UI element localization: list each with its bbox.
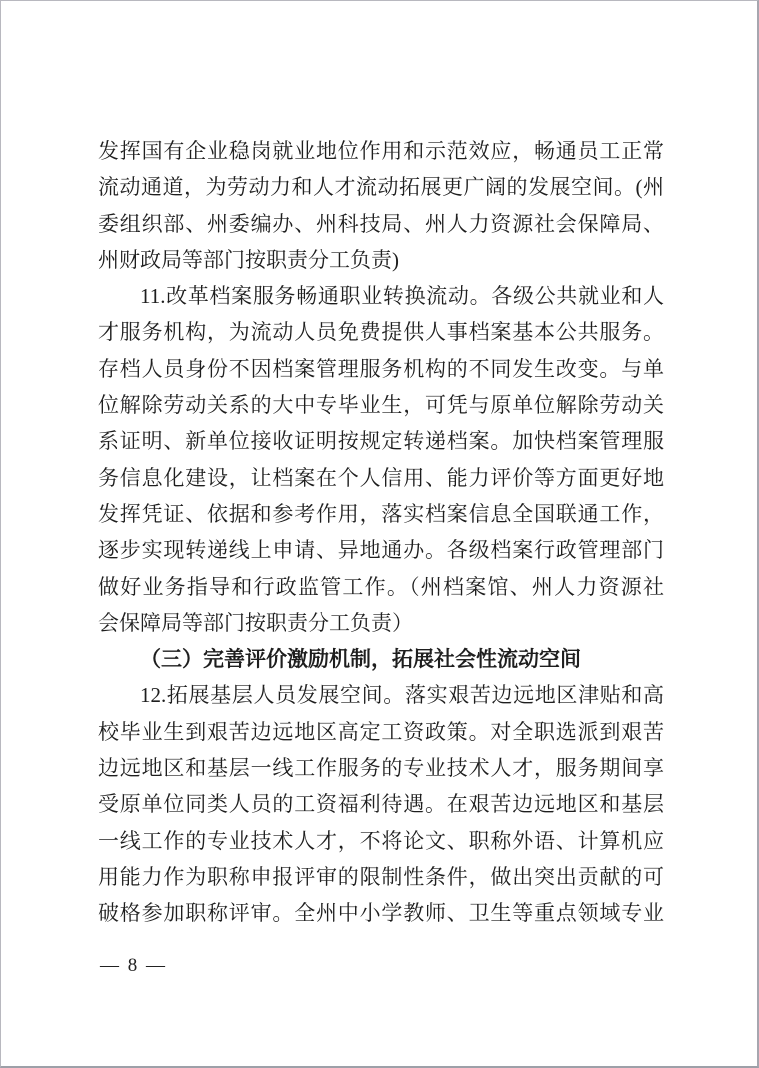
para-item-12-line: 破格参加职称评审。全州中小学教师、卫生等重点领域专业 <box>98 895 664 931</box>
para-item-11-line: 务信息化建设，让档案在个人信用、能力评价等方面更好地 <box>98 460 664 496</box>
para-item-11-line: 会保障局等部门按职责分工负责） <box>98 605 664 641</box>
para-item-11-line: 做好业务指导和行政监管工作。（州档案馆、州人力资源社 <box>98 569 664 605</box>
para-item-11-line: 系证明、新单位接收证明按规定转递档案。加快档案管理服 <box>98 423 664 459</box>
para-continuation-item-10-line: 委组织部、州委编办、州科技局、州人力资源社会保障局、 <box>98 206 664 242</box>
para-item-11-line: 才服务机构，为流动人员免费提供人事档案基本公共服务。 <box>98 314 664 350</box>
para-item-11-line: 存档人员身份不因档案管理服务机构的不同发生改变。与单 <box>98 351 664 387</box>
document-body: 发挥国有企业稳岗就业地位作用和示范效应，畅通员工正常流动通道，为劳动力和人才流动… <box>98 133 664 932</box>
para-item-11-line: 逐步实现转递线上申请、异地通办。各级档案行政管理部门 <box>98 532 664 568</box>
para-item-11-line: 发挥凭证、依据和参考作用，落实档案信息全国联通工作， <box>98 496 664 532</box>
para-item-12-line: 一线工作的专业技术人才，不将论文、职称外语、计算机应 <box>98 823 664 859</box>
para-item-12-line: 用能力作为职称申报评审的限制性条件，做出突出贡献的可 <box>98 859 664 895</box>
document-page: 发挥国有企业稳岗就业地位作用和示范效应，畅通员工正常流动通道，为劳动力和人才流动… <box>0 0 759 1068</box>
heading-section-3-line: （三）完善评价激励机制，拓展社会性流动空间 <box>98 641 664 677</box>
para-item-11-line: 位解除劳动关系的大中专毕业生，可凭与原单位解除劳动关 <box>98 387 664 423</box>
para-continuation-item-10-line: 流动通道，为劳动力和人才流动拓展更广阔的发展空间。(州 <box>98 169 664 205</box>
para-item-11-line: 11.改革档案服务畅通职业转换流动。各级公共就业和人 <box>98 278 664 314</box>
para-continuation-item-10-line: 发挥国有企业稳岗就业地位作用和示范效应，畅通员工正常 <box>98 133 664 169</box>
para-item-12-line: 校毕业生到艰苦边远地区高定工资政策。对全职选派到艰苦 <box>98 714 664 750</box>
page-number: — 8 — <box>100 954 167 978</box>
para-item-12-line: 边远地区和基层一线工作服务的专业技术人才，服务期间享 <box>98 750 664 786</box>
para-item-12-line: 12.拓展基层人员发展空间。落实艰苦边远地区津贴和高 <box>98 677 664 713</box>
para-item-12-line: 受原单位同类人员的工资福利待遇。在艰苦边远地区和基层 <box>98 786 664 822</box>
para-continuation-item-10-line: 州财政局等部门按职责分工负责) <box>98 242 664 278</box>
